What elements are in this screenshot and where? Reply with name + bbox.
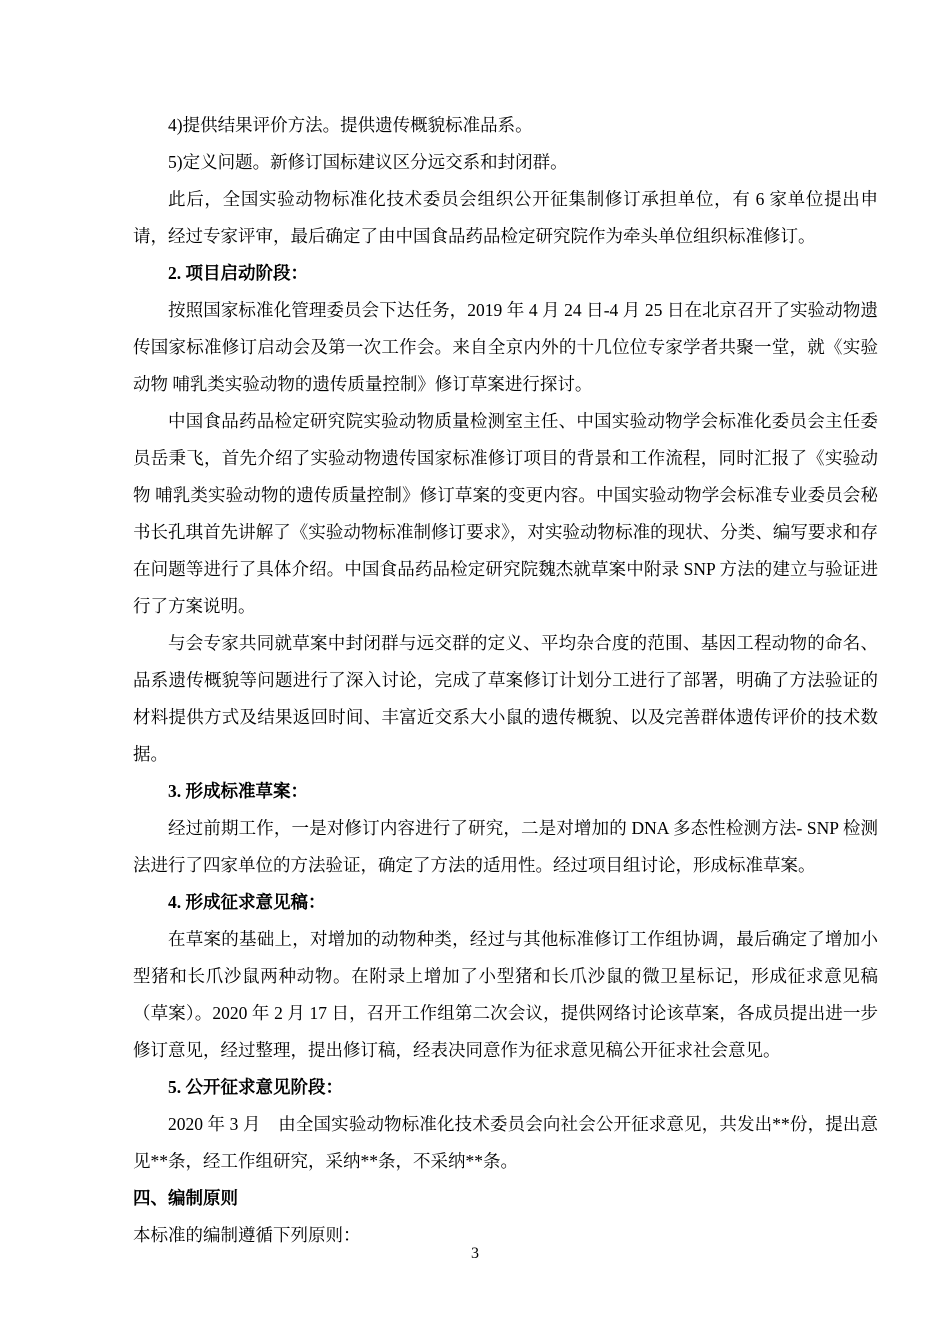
stage-heading: 4. 形成征求意见稿：	[133, 884, 878, 921]
page-number: 3	[471, 1245, 479, 1262]
paragraph: 4)提供结果评价方法。提供遗传概貌标准品系。	[133, 107, 878, 144]
paragraph: 2020 年 3 月 由全国实验动物标准化技术委员会向社会公开征求意见，共发出*…	[133, 1106, 878, 1180]
page-footer: 3	[0, 1244, 950, 1264]
stage-heading: 5. 公开征求意见阶段：	[133, 1069, 878, 1106]
document-body: 4)提供结果评价方法。提供遗传概貌标准品系。5)定义问题。新修订国标建议区分远交…	[133, 107, 878, 1254]
paragraph: 在草案的基础上，对增加的动物种类，经过与其他标准修订工作组协调，最后确定了增加小…	[133, 921, 878, 1069]
paragraph: 经过前期工作，一是对修订内容进行了研究，二是对增加的 DNA 多态性检测方法- …	[133, 810, 878, 884]
paragraph: 中国食品药品检定研究院实验动物质量检测室主任、中国实验动物学会标准化委员会主任委…	[133, 403, 878, 625]
paragraph: 与会专家共同就草案中封闭群与远交群的定义、平均杂合度的范围、基因工程动物的命名、…	[133, 625, 878, 773]
paragraph: 5)定义问题。新修订国标建议区分远交系和封闭群。	[133, 144, 878, 181]
paragraph: 此后，全国实验动物标准化技术委员会组织公开征集制修订承担单位，有 6 家单位提出…	[133, 181, 878, 255]
paragraph: 按照国家标准化管理委员会下达任务，2019 年 4 月 24 日-4 月 25 …	[133, 292, 878, 403]
document-page: 4)提供结果评价方法。提供遗传概貌标准品系。5)定义问题。新修订国标建议区分远交…	[0, 0, 950, 1344]
stage-heading: 2. 项目启动阶段：	[133, 255, 878, 292]
section-heading: 四、编制原则	[133, 1180, 878, 1217]
stage-heading: 3. 形成标准草案：	[133, 773, 878, 810]
